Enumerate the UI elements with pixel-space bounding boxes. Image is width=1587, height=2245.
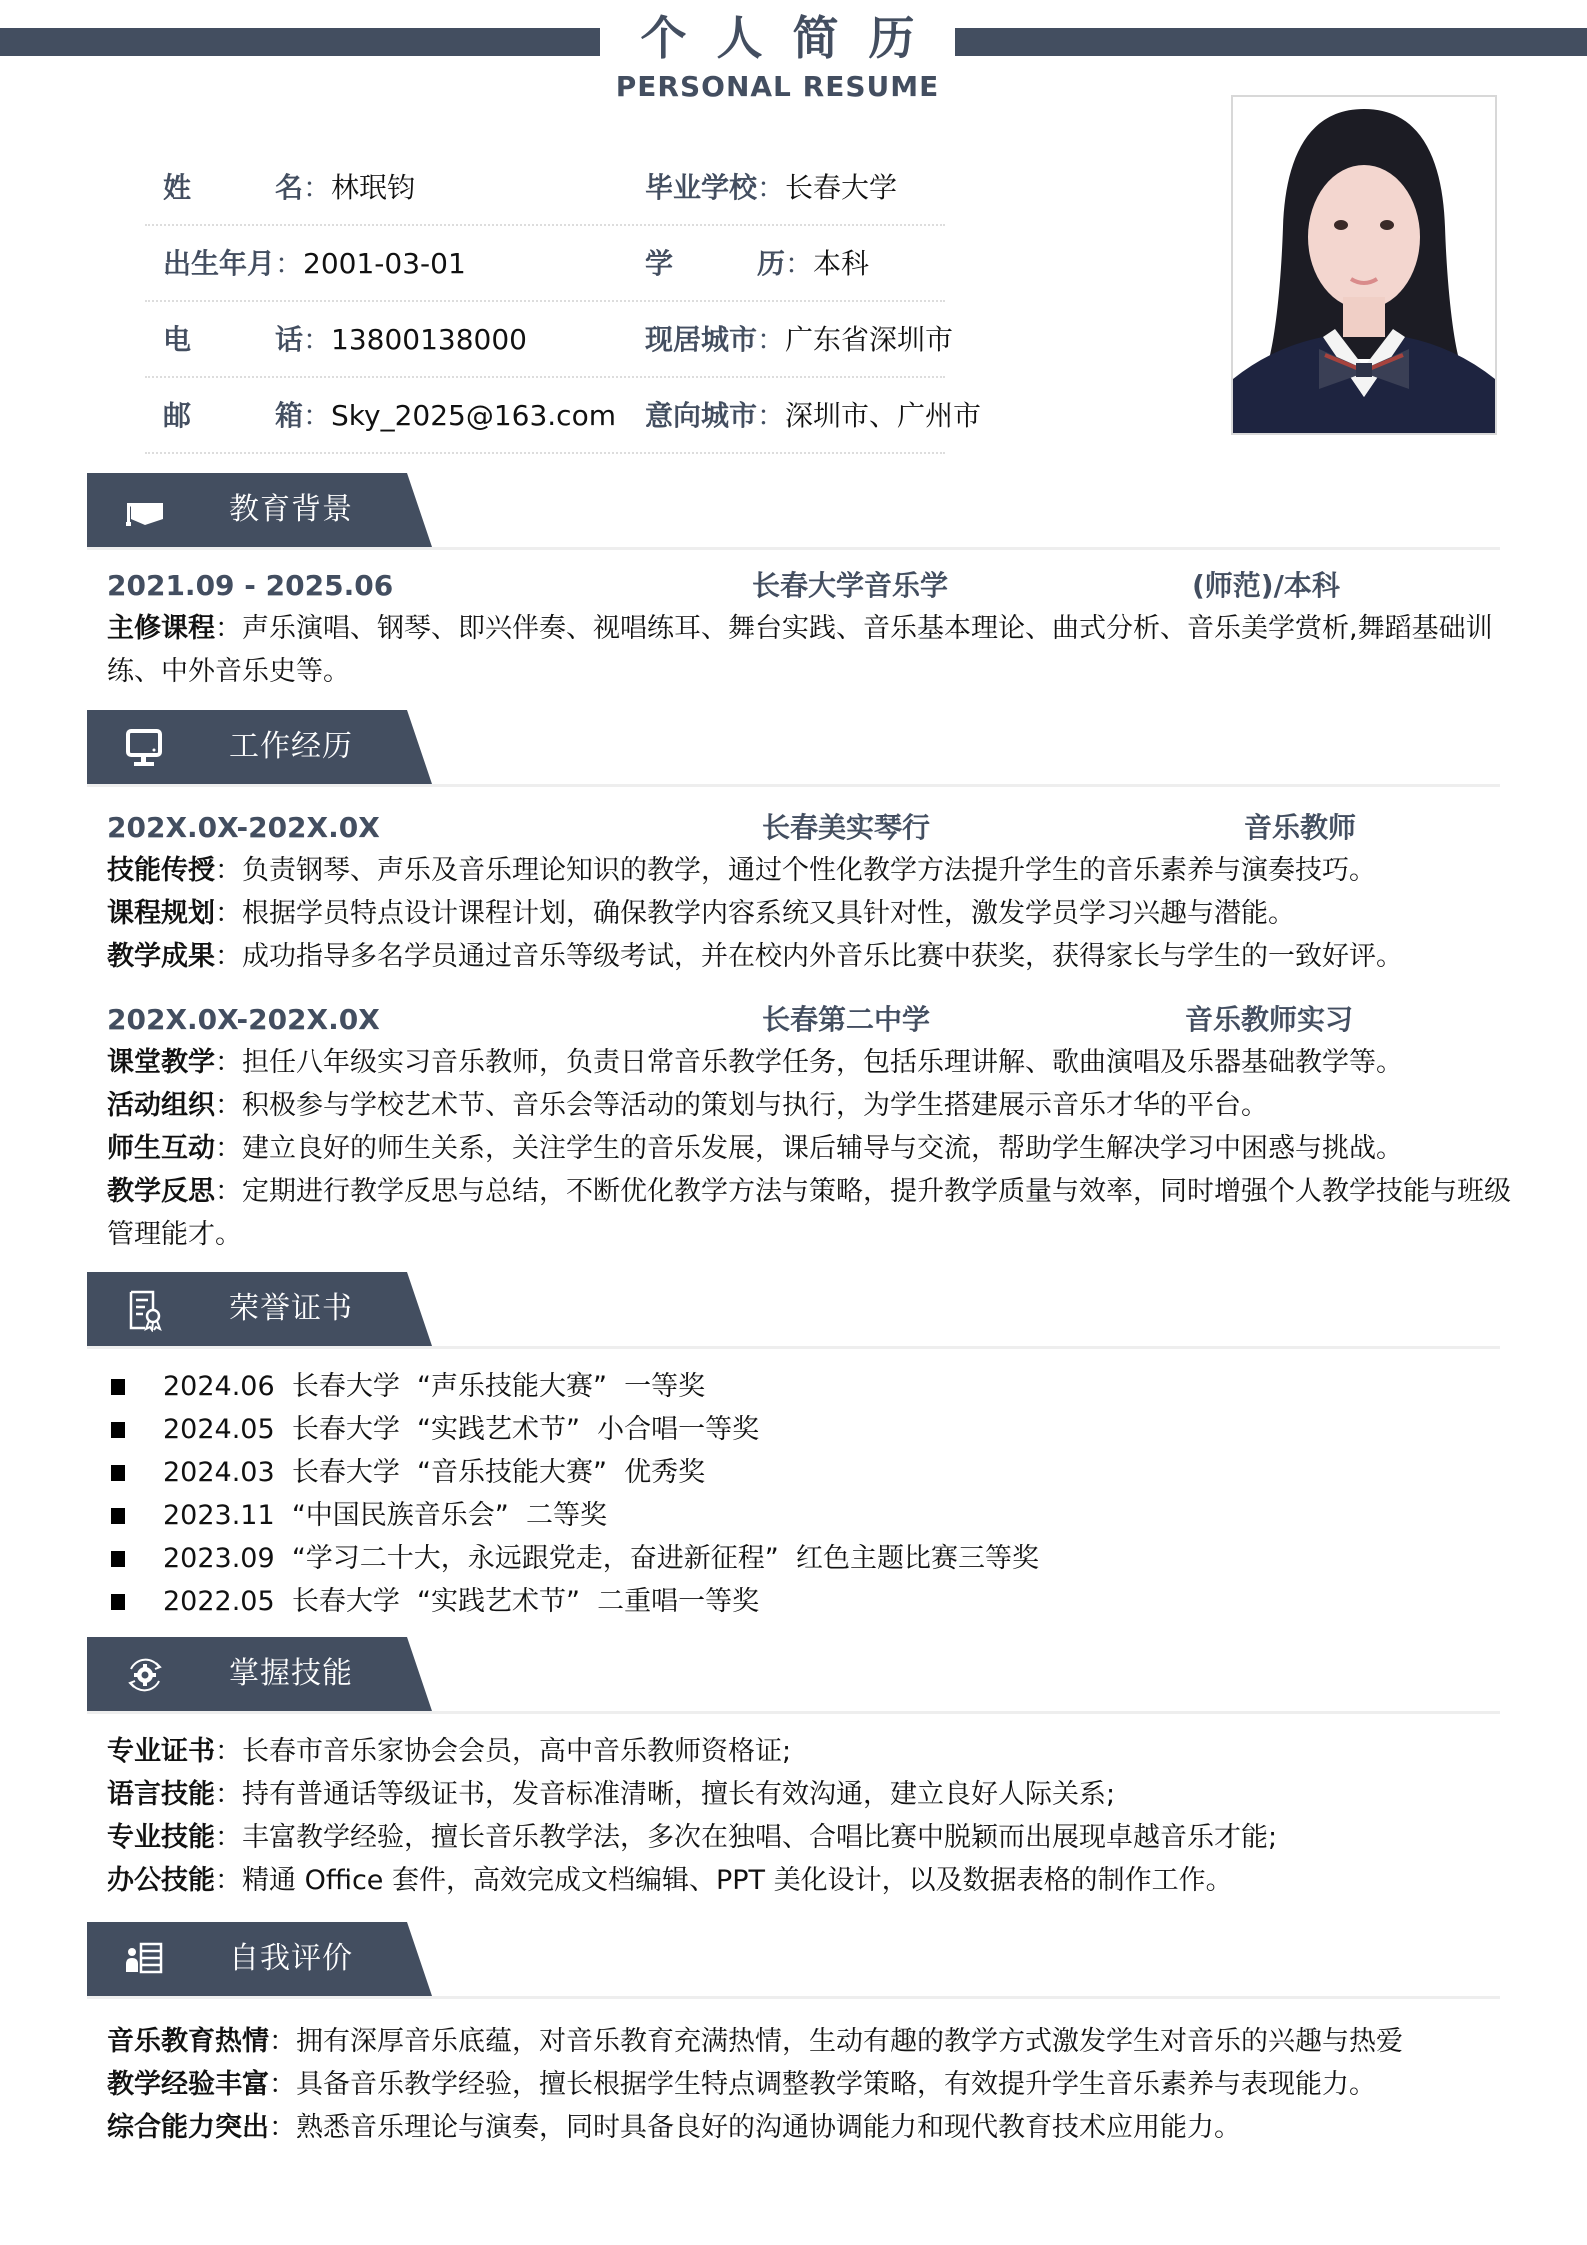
info-value-birth: 2001-03-01 — [303, 247, 466, 280]
job-org: 长春美实琴行 — [762, 806, 930, 849]
info-value-email: Sky_2025@163.com — [331, 399, 616, 432]
skill-item: 专业证书：长春市音乐家协会会员，高中音乐教师资格证; — [107, 1730, 1512, 1773]
job-item: 技能传授：负责钢琴、声乐及音乐理论知识的教学，通过个性化教学方法提升学生的音乐素… — [107, 849, 1512, 892]
section-title: 自我评价 — [229, 1936, 353, 1982]
self-eval-item: 综合能力突出：熟悉音乐理论与演奏，同时具备良好的沟通协调能力和现代教育技术应用能… — [107, 2106, 1512, 2149]
graduation-cap-icon — [123, 489, 167, 533]
info-label-phone: 电话 — [163, 320, 303, 360]
self-eval-content: 音乐教育热情：拥有深厚音乐底蕴，对音乐教育充满热情，生动有趣的教学方式激发学生对… — [107, 2020, 1512, 2149]
info-label-school: 毕业学校 — [645, 168, 757, 208]
job-item: 师生互动：建立良好的师生关系，关注学生的音乐发展，课后辅导与交流，帮助学生解决学… — [107, 1127, 1512, 1170]
page-title: 个人简历 — [600, 8, 955, 68]
job-role: 音乐教师 — [1244, 806, 1356, 849]
honors-list: 2024.06 长春大学 “声乐技能大赛” 一等奖 2024.05 长春大学 “… — [107, 1365, 1407, 1623]
portrait-image — [1233, 97, 1495, 433]
section-title: 掌握技能 — [229, 1651, 353, 1697]
job-org: 长春第二中学 — [762, 998, 930, 1041]
honor-item: 2024.05 长春大学 “实践艺术节” 小合唱一等奖 — [107, 1408, 1407, 1451]
gear-cycle-icon — [123, 1653, 167, 1697]
info-label-birth: 出生年月 — [163, 244, 275, 284]
info-label-name: 姓名 — [163, 168, 303, 208]
profile-photo — [1231, 95, 1497, 435]
education-period: 2021.09 - 2025.06 — [107, 564, 393, 607]
honor-item: 2024.06 长春大学 “声乐技能大赛” 一等奖 — [107, 1365, 1407, 1408]
profile-list-icon — [123, 1938, 167, 1982]
work-job-2: 202X.0X-202X.0X 长春第二中学 音乐教师实习 课堂教学：担任八年级… — [107, 998, 1512, 1256]
info-row: 电话：13800138000 现居城市：广东省深圳市 — [145, 302, 945, 378]
job-summary-row: 202X.0X-202X.0X 长春第二中学 音乐教师实习 — [107, 998, 1512, 1041]
info-label-degree: 学历 — [645, 244, 785, 284]
honor-item: 2023.11 “中国民族音乐会” 二等奖 — [107, 1494, 1407, 1537]
job-item: 教学成果：成功指导多名学员通过音乐等级考试，并在校内外音乐比赛中获奖，获得家长与… — [107, 935, 1512, 978]
info-row: 邮箱：Sky_2025@163.com 意向城市：深圳市、广州市 — [145, 378, 945, 454]
job-period: 202X.0X-202X.0X — [107, 806, 380, 849]
info-label-city: 现居城市 — [645, 320, 757, 360]
honor-item: 2023.09 “学习二十大，永远跟党走，奋进新征程” 红色主题比赛三等奖 — [107, 1537, 1407, 1580]
section-header-education: 教育背景 — [87, 473, 1500, 549]
info-label-email: 邮箱 — [163, 396, 303, 436]
info-row: 姓名：林珉钧 毕业学校：长春大学 — [145, 150, 945, 226]
work-job-1: 202X.0X-202X.0X 长春美实琴行 音乐教师 技能传授：负责钢琴、声乐… — [107, 806, 1512, 978]
info-value-degree: 本科 — [813, 247, 869, 280]
info-value-phone: 13800138000 — [331, 323, 527, 356]
info-label-target-city: 意向城市 — [645, 396, 757, 436]
education-courses: 主修课程：声乐演唱、钢琴、即兴伴奏、视唱练耳、舞台实践、音乐基本理论、曲式分析、… — [107, 607, 1512, 693]
skill-item: 语言技能：持有普通话等级证书，发音标准清晰，擅长有效沟通，建立良好人际关系; — [107, 1773, 1512, 1816]
skill-item: 专业技能：丰富教学经验，擅长音乐教学法，多次在独唱、合唱比赛中脱颖而出展现卓越音… — [107, 1816, 1512, 1859]
section-title: 工作经历 — [229, 724, 353, 770]
job-role: 音乐教师实习 — [1185, 998, 1353, 1041]
info-value-city: 广东省深圳市 — [785, 323, 953, 356]
section-header-honors: 荣誉证书 — [87, 1272, 1500, 1348]
info-value-name: 林珉钧 — [331, 171, 415, 204]
self-eval-item: 音乐教育热情：拥有深厚音乐底蕴，对音乐教育充满热情，生动有趣的教学方式激发学生对… — [107, 2020, 1512, 2063]
info-value-school: 长春大学 — [785, 171, 897, 204]
honor-item: 2024.03 长春大学 “音乐技能大赛” 优秀奖 — [107, 1451, 1407, 1494]
info-value-target-city: 深圳市、广州市 — [785, 399, 981, 432]
header-bar-right — [955, 28, 1587, 56]
section-title: 荣誉证书 — [229, 1286, 353, 1332]
info-row: 出生年月：2001-03-01 学历：本科 — [145, 226, 945, 302]
education-summary-row: 2021.09 - 2025.06 长春大学音乐学 (师范)/本科 — [107, 564, 1512, 607]
self-eval-item: 教学经验丰富：具备音乐教学经验，擅长根据学生特点调整教学策略，有效提升学生音乐素… — [107, 2063, 1512, 2106]
honor-item: 2022.05 长春大学 “实践艺术节” 二重唱一等奖 — [107, 1580, 1407, 1623]
job-item: 活动组织：积极参与学校艺术节、音乐会等活动的策划与执行，为学生搭建展示音乐才华的… — [107, 1084, 1512, 1127]
basic-info: 姓名：林珉钧 毕业学校：长春大学 出生年月：2001-03-01 学历：本科 电… — [145, 150, 945, 454]
skills-content: 专业证书：长春市音乐家协会会员，高中音乐教师资格证; 语言技能：持有普通话等级证… — [107, 1730, 1512, 1902]
section-title: 教育背景 — [229, 487, 353, 533]
monitor-icon — [123, 726, 167, 770]
section-header-skills: 掌握技能 — [87, 1637, 1500, 1713]
job-item: 课堂教学：担任八年级实习音乐教师，负责日常音乐教学任务，包括乐理讲解、歌曲演唱及… — [107, 1041, 1512, 1084]
education-content: 2021.09 - 2025.06 长春大学音乐学 (师范)/本科 主修课程：声… — [107, 564, 1512, 693]
section-header-self-eval: 自我评价 — [87, 1922, 1500, 1998]
job-summary-row: 202X.0X-202X.0X 长春美实琴行 音乐教师 — [107, 806, 1512, 849]
job-item: 教学反思：定期进行教学反思与总结，不断优化教学方法与策略，提升教学质量与效率，同… — [107, 1170, 1512, 1256]
education-degree: (师范)/本科 — [1192, 564, 1340, 607]
section-header-work: 工作经历 — [87, 710, 1500, 786]
education-school: 长春大学音乐学 — [752, 564, 948, 607]
header-bar-left — [0, 28, 600, 56]
page-subtitle: PERSONAL RESUME — [600, 70, 955, 103]
job-period: 202X.0X-202X.0X — [107, 998, 380, 1041]
job-item: 课程规划：根据学员特点设计课程计划，确保教学内容系统又具针对性，激发学员学习兴趣… — [107, 892, 1512, 935]
skill-item: 办公技能：精通 Office 套件，高效完成文档编辑、PPT 美化设计，以及数据… — [107, 1859, 1512, 1902]
certificate-icon — [123, 1288, 167, 1332]
